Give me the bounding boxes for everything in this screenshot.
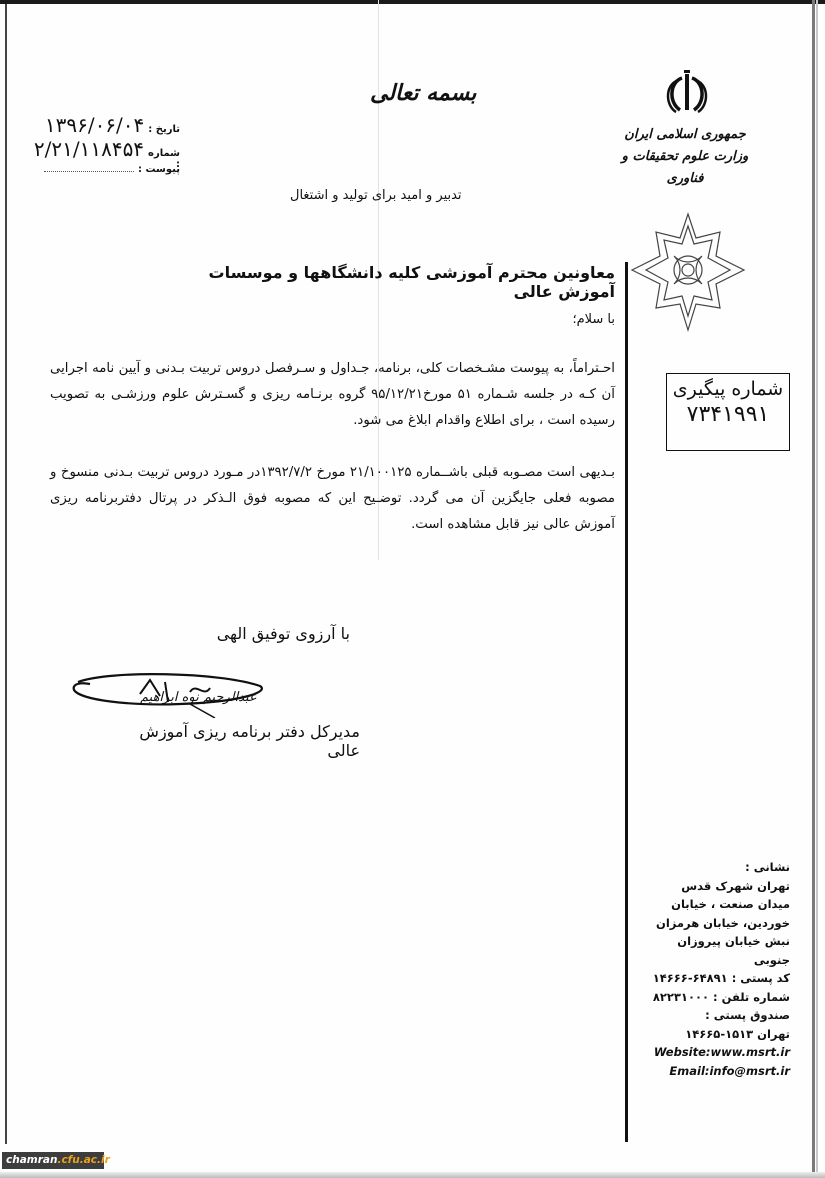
po-box-value: تهران ۱۵۱۳-۱۴۶۶۵: [640, 1025, 790, 1044]
site-watermark: chamran.cfu.ac.ir: [2, 1152, 104, 1169]
tracking-label: شماره پیگیری: [667, 378, 789, 400]
address-line: نبش خیابان پیروزان جنوبی: [640, 932, 790, 969]
website-link[interactable]: Website:www.msrt.ir: [640, 1043, 790, 1062]
letter-page: جمهوری اسلامی ایران وزارت علوم تحقیقات و…: [0, 0, 825, 1178]
watermark-domain-part2: .cfu.ac.ir: [57, 1154, 109, 1166]
ministry-name: وزارت علوم تحقیقات و فناوری: [605, 146, 765, 190]
letter-meta: تاریخ : ۱۳۹۶/۰۶/۰۴ شماره : ۲/۲۱/۱۱۸۴۵۴ پ…: [40, 113, 180, 185]
address-line: میدان صنعت ، خیابان: [640, 895, 790, 914]
scan-left-edge: [5, 4, 7, 1144]
scan-right-edge: [812, 0, 815, 1178]
address-line: تهران شهرک قدس: [640, 877, 790, 896]
date-row: تاریخ : ۱۳۹۶/۰۶/۰۴: [40, 113, 180, 137]
postal-code: کد پستی : ۶۴۸۹۱-۱۴۶۶۶: [640, 969, 790, 988]
attachment-row: پیوست :: [40, 161, 180, 185]
tracking-number: ۷۳۴۱۹۹۱: [667, 402, 789, 427]
bismillah-heading: بسمه تعالی: [370, 80, 476, 106]
po-box-label: صندوق پستی :: [640, 1006, 790, 1025]
closing-phrase: با آرزوی توفیق الهی: [150, 624, 350, 643]
government-motto: تدبیر و امید برای تولید و اشتغال: [290, 188, 462, 203]
phone-number: شماره تلفن : ۸۲۲۳۱۰۰۰: [640, 988, 790, 1007]
number-value: ۲/۲۱/۱۱۸۴۵۴: [34, 137, 144, 161]
ornament-icon: [628, 210, 748, 335]
tracking-number-box: شماره پیگیری ۷۳۴۱۹۹۱: [666, 373, 790, 451]
sidebar-divider: [625, 262, 628, 1142]
addressee: معاونین محترم آموزشی کلیه دانشگاهها و مو…: [205, 263, 615, 301]
ministry-header: جمهوری اسلامی ایران وزارت علوم تحقیقات و…: [605, 124, 765, 190]
watermark-domain-part1: chamran: [6, 1154, 57, 1166]
attachment-blank: [44, 161, 134, 172]
iran-emblem-icon: [662, 66, 712, 116]
scan-top-edge: [0, 0, 825, 4]
scan-right-edge-shadow: [816, 0, 818, 1178]
address-line: نشانی :: [640, 858, 790, 877]
email-link[interactable]: Email:info@msrt.ir: [640, 1062, 790, 1081]
date-value: ۱۳۹۶/۰۶/۰۴: [45, 113, 144, 137]
signer-title: مدیرکل دفتر برنامه ریزی آموزش عالی: [105, 722, 360, 760]
body-paragraph-2: بـدیهی است مصـوبه قبلی باشــماره ۲۱/۱۰۰۱…: [50, 460, 615, 538]
ministry-address: نشانی : تهران شهرک قدس میدان صنعت ، خیاب…: [640, 858, 790, 1080]
signature-name: عبدالرحیم نوه ابراهیم: [140, 690, 257, 705]
greeting: با سلام؛: [540, 312, 615, 327]
country-name: جمهوری اسلامی ایران: [605, 124, 765, 146]
date-label: تاریخ :: [148, 124, 180, 135]
address-line: خوردین، خیابان هرمزان: [640, 914, 790, 933]
scan-bottom-edge: [0, 1172, 825, 1178]
body-paragraph-1: احـتراماً، به پیوست مشـخصات کلی، برنامه،…: [50, 356, 615, 434]
attachment-label: پیوست :: [138, 164, 180, 175]
number-row: شماره : ۲/۲۱/۱۱۸۴۵۴: [40, 137, 180, 161]
